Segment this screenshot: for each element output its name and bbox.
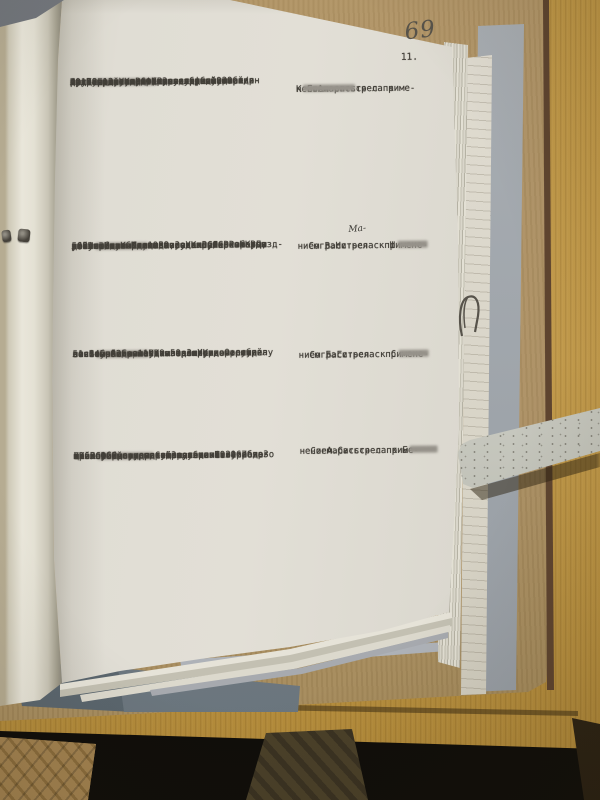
archival-document-photo: 69 11. 49.К Гавриил Алексеевичпостановле… xyxy=(0,0,600,800)
redacted-name-blur xyxy=(398,350,428,357)
redacted-name-blur xyxy=(397,241,427,248)
entry-52-resolution: Согласиться с приме-нением расстрела к Б… xyxy=(300,445,536,447)
entry-50-resolution: Согласиться с примене-нием расстрела к Ш… xyxy=(298,240,534,242)
redacted-name-blur xyxy=(410,445,438,452)
handwritten-folio-number: 69 xyxy=(403,17,437,44)
typed-page-number: 11. xyxy=(401,53,418,63)
entry-51-text: 51.С Бай Горяевич постанов-лением Астрах… xyxy=(73,349,309,351)
typed-text-layer: 69 11. 49.К Гавриил Алексеевичпостановле… xyxy=(0,0,600,800)
entry-49-text: 49.К Гавриил Алексеевичпостановлением Кр… xyxy=(70,77,306,79)
entry-52-text: 52.Б Александр Семенович поста-новлением… xyxy=(74,451,310,453)
redacted-name-blur xyxy=(303,84,355,91)
entry-49-resolution: Согласиться с приме-нением расстрела кК … xyxy=(296,83,532,85)
handwritten-correction: Ма- xyxy=(348,225,366,235)
entry-51-resolution: Согласиться с примене-нием расстрела к С… xyxy=(299,349,535,351)
entry-50-text: 50.Ш Вадим Наумович,он же Лиа-лютин Иван… xyxy=(72,241,308,243)
